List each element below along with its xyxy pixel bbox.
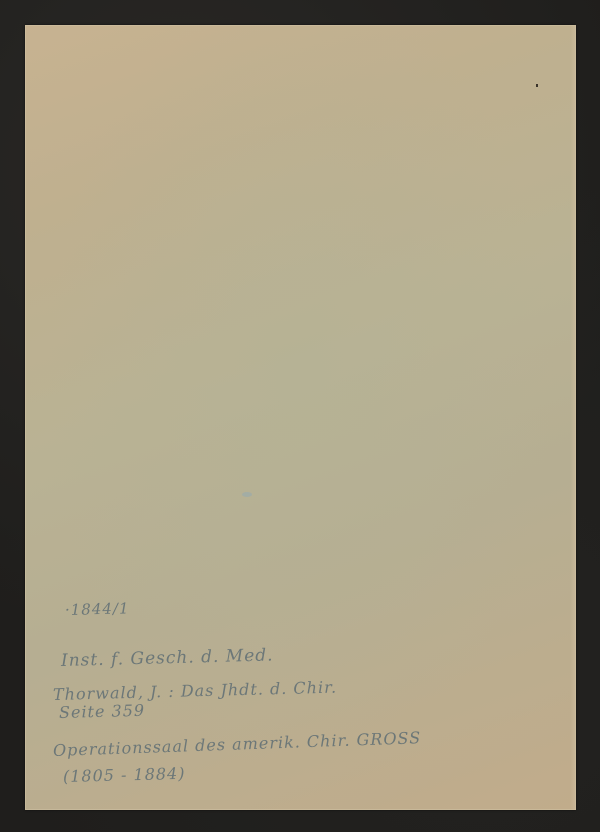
page-reference: Seite 359: [59, 701, 146, 722]
paper-edge: [570, 25, 576, 810]
ink-dot: [536, 84, 538, 87]
date-range: (1805 - 1884): [63, 764, 186, 786]
catalog-number: ·1844/1: [65, 599, 130, 619]
paper-speck: [242, 492, 252, 497]
paper-sheet: ·1844/1 Inst. f. Gesch. d. Med. Thorwald…: [25, 25, 576, 810]
image-caption: Operationssaal des amerik. Chir. GROSS: [53, 728, 422, 760]
institution-note: Inst. f. Gesch. d. Med.: [61, 645, 274, 671]
source-citation: Thorwald, J. : Das Jhdt. d. Chir.: [53, 678, 338, 704]
